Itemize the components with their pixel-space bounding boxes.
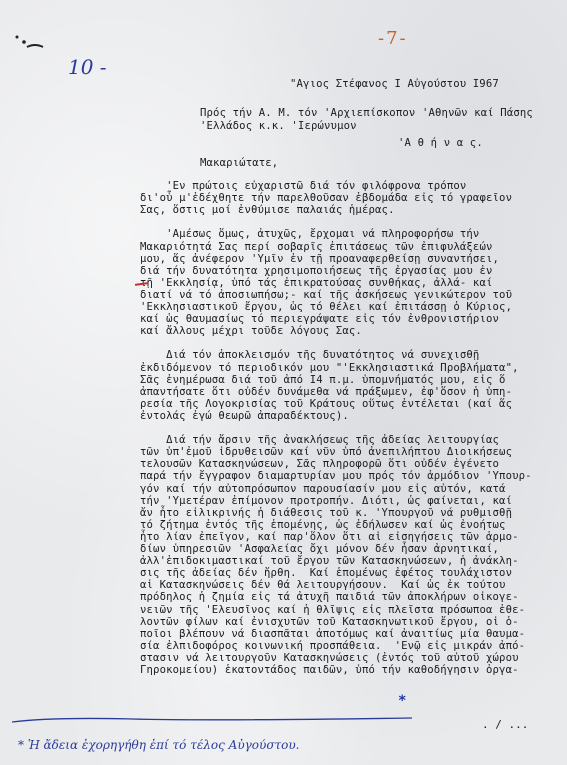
body-line: 'Εν πρώτοις εὐχαριστῶ διά τόν φιλόφρονα … [140, 180, 466, 192]
body-line: Μακαριότητά Σας περί σοβαρῖς ἐπιτάσεως τ… [140, 241, 493, 253]
body-line: διά τήν δυνατότητα χρησιμοποιήσεως τῆς ἐ… [140, 265, 493, 277]
body-line: καί ὡς θαυμασίως τό περιεγράψατε εἰς τόν… [140, 313, 499, 325]
body-line: πρόδηλος ἡ ζημία εἰς τά ἀτυχῆ παιδιά τῶν… [140, 591, 519, 603]
body-line: Γηροκομείου) ἑκατοντάδος παιδῶν, ὑπό τήν… [140, 664, 519, 676]
body-line: Σας, ὅστις μοί ἐνθύμισε παλαιάς ἡμέρας. [140, 204, 395, 216]
body-line: στασιν νά λειτουργοῦν Κατασκηνώσεις (ἐντ… [140, 652, 519, 664]
body-line: 'Εκκλησιαστικοῦ ἔργου, ὡς τό θέλει καί ἐ… [140, 301, 512, 313]
body-line: δίων ὑπηρεσιῶν 'Ασφαλείας ὄχι μόνον δέν … [140, 543, 499, 555]
inline-asterisk: * [398, 693, 406, 709]
body-line: ἀπαντήσατε ὅτι οὐδέν δυνάμεθα νά πράξωμε… [140, 386, 512, 398]
body-line: ἐκδιδόμενον τό περιοδικόν μου "'Εκκλησια… [140, 362, 519, 374]
body-line: νειῶν τῆς 'Ελευσῖνος καί ἡ θλῖψις εἰς πλ… [140, 604, 525, 616]
body-line: ἀλλ'ἐπιδοκιμαστικαί τοῦ ἔργου τῶν Κατασκ… [140, 555, 519, 567]
body-line: καί ἄλλους μέχρι τοῦδε λόγους Σας. [140, 325, 362, 337]
body-line: γόν καί τήν αὐτοπρόσωπον παρουσίασίν μου… [140, 483, 506, 495]
handwritten-separator-line [12, 716, 412, 724]
body-line: τό ζήτημα ἐντός τῆς ἑπομένης, ὡς ἐδήλωσε… [140, 519, 506, 531]
body-line: παρά τήν ἔγγραφον διαμαρτυρίαν μου πρός … [140, 470, 532, 482]
body-line: μου, ἅς ἀνέφερον 'Υμῖν ἐν τῇ προαναφερθε… [140, 253, 499, 265]
place-date: "Αγιος Στέφανος Ι Αὐγούστου Ι967 [290, 78, 499, 90]
body-line: ἐντολάς ἐγώ θεωρῶ ἀπαραδέκτους). [140, 410, 349, 422]
body-line: τῇ 'Εκκλησίᾳ, ὑπό τάς ἐπικρατούσας συνθή… [140, 277, 493, 289]
body-line: αἱ Κατασκηνώσεις δέν θά λειτουργήσουν. Κ… [140, 579, 506, 591]
body-line: δι'οὗ μ'ἐδέχθητε τήν παρελθοῦσαν ἑβδομάδ… [140, 192, 512, 204]
body-line: 'Αμέσως ὅμως, ἀτυχῶς, ἔρχομαι νά πληροφο… [140, 228, 479, 240]
body-line: λοντῶν φίλων καί ἐνισχυτῶν τοῦ Κατασκηνω… [140, 616, 519, 628]
body-line: ἄν ἦτο εἰλικρινής ἡ διάθεσις τοῦ κ. 'Υπο… [140, 507, 512, 519]
body-line: σία ἐλπιδοφόρος κοινωνική προσπάθεια. 'Ε… [140, 640, 525, 652]
body-line: σις τῆς ἀδείας δέν ἤρθη. Καί ἑπομένως ἐφ… [140, 567, 512, 579]
body-line: Σᾶς ἐνημέρωσα διά τοῦ ἀπό Ι4 π.μ. ὑπομνή… [140, 374, 506, 386]
continued-marker: . / ... [482, 718, 528, 731]
recipient-city: 'Α θ ή ν α ς. [398, 137, 483, 149]
page-number: -7- [378, 28, 408, 49]
body-line: Διά τόν ἀποκλεισμόν τῆς δυνατότητος νά σ… [140, 349, 479, 361]
folio-number: 10 - [68, 55, 107, 79]
body-line: ποῖοι βλέπουν νά διασπᾶται ἀποτόμως καί … [140, 628, 525, 640]
body-line: ρεσία τῆς Λογοκρισίας τοῦ Κράτους οὕτως … [140, 398, 512, 410]
body-line: τήν 'Υμετέραν ἐπίμονον προτροπήν. Διότι,… [140, 495, 512, 507]
body-line: Διά τήν ἄρσιν τῆς ἀνακλήσεως τῆς ἀδείας … [140, 434, 499, 446]
body-line: ἦτο λίαν ἐπεῖγον, καί παρ'ὅλον ὅτι αἱ εἰ… [140, 531, 519, 543]
body-line: διατί νά τό ἀποσιωπήσω;- καί τῆς ἀσκήσεω… [140, 289, 512, 301]
corner-ink-mark [15, 35, 50, 51]
salutation: Μακαριώτατε, [200, 157, 278, 169]
handwritten-footnote: * Ἡ ἄδεια ἐχορηγήθη ἐπί τό τέλος Αὐγούστ… [18, 738, 299, 752]
recipient-line-2: 'Ελλάδος κ.κ. 'Ιερώνυμον [200, 120, 357, 132]
body-line: τῶν ὑπ'ἐμοῦ ἱδρυθεισῶν καί νῦν ὑπό ἀνεπι… [140, 446, 512, 458]
scanned-letter-page: 10 - -7- "Αγιος Στέφανος Ι Αὐγούστου Ι96… [0, 0, 567, 765]
body-line: τελουσῶν Κατασκηνώσεων, Σᾶς πληροφορῶ ὅτ… [140, 458, 499, 470]
recipient-line-1: Πρός τήν Α. Μ. τόν 'Αρχιεπίσκοπον 'Αθηνῶ… [200, 107, 533, 119]
